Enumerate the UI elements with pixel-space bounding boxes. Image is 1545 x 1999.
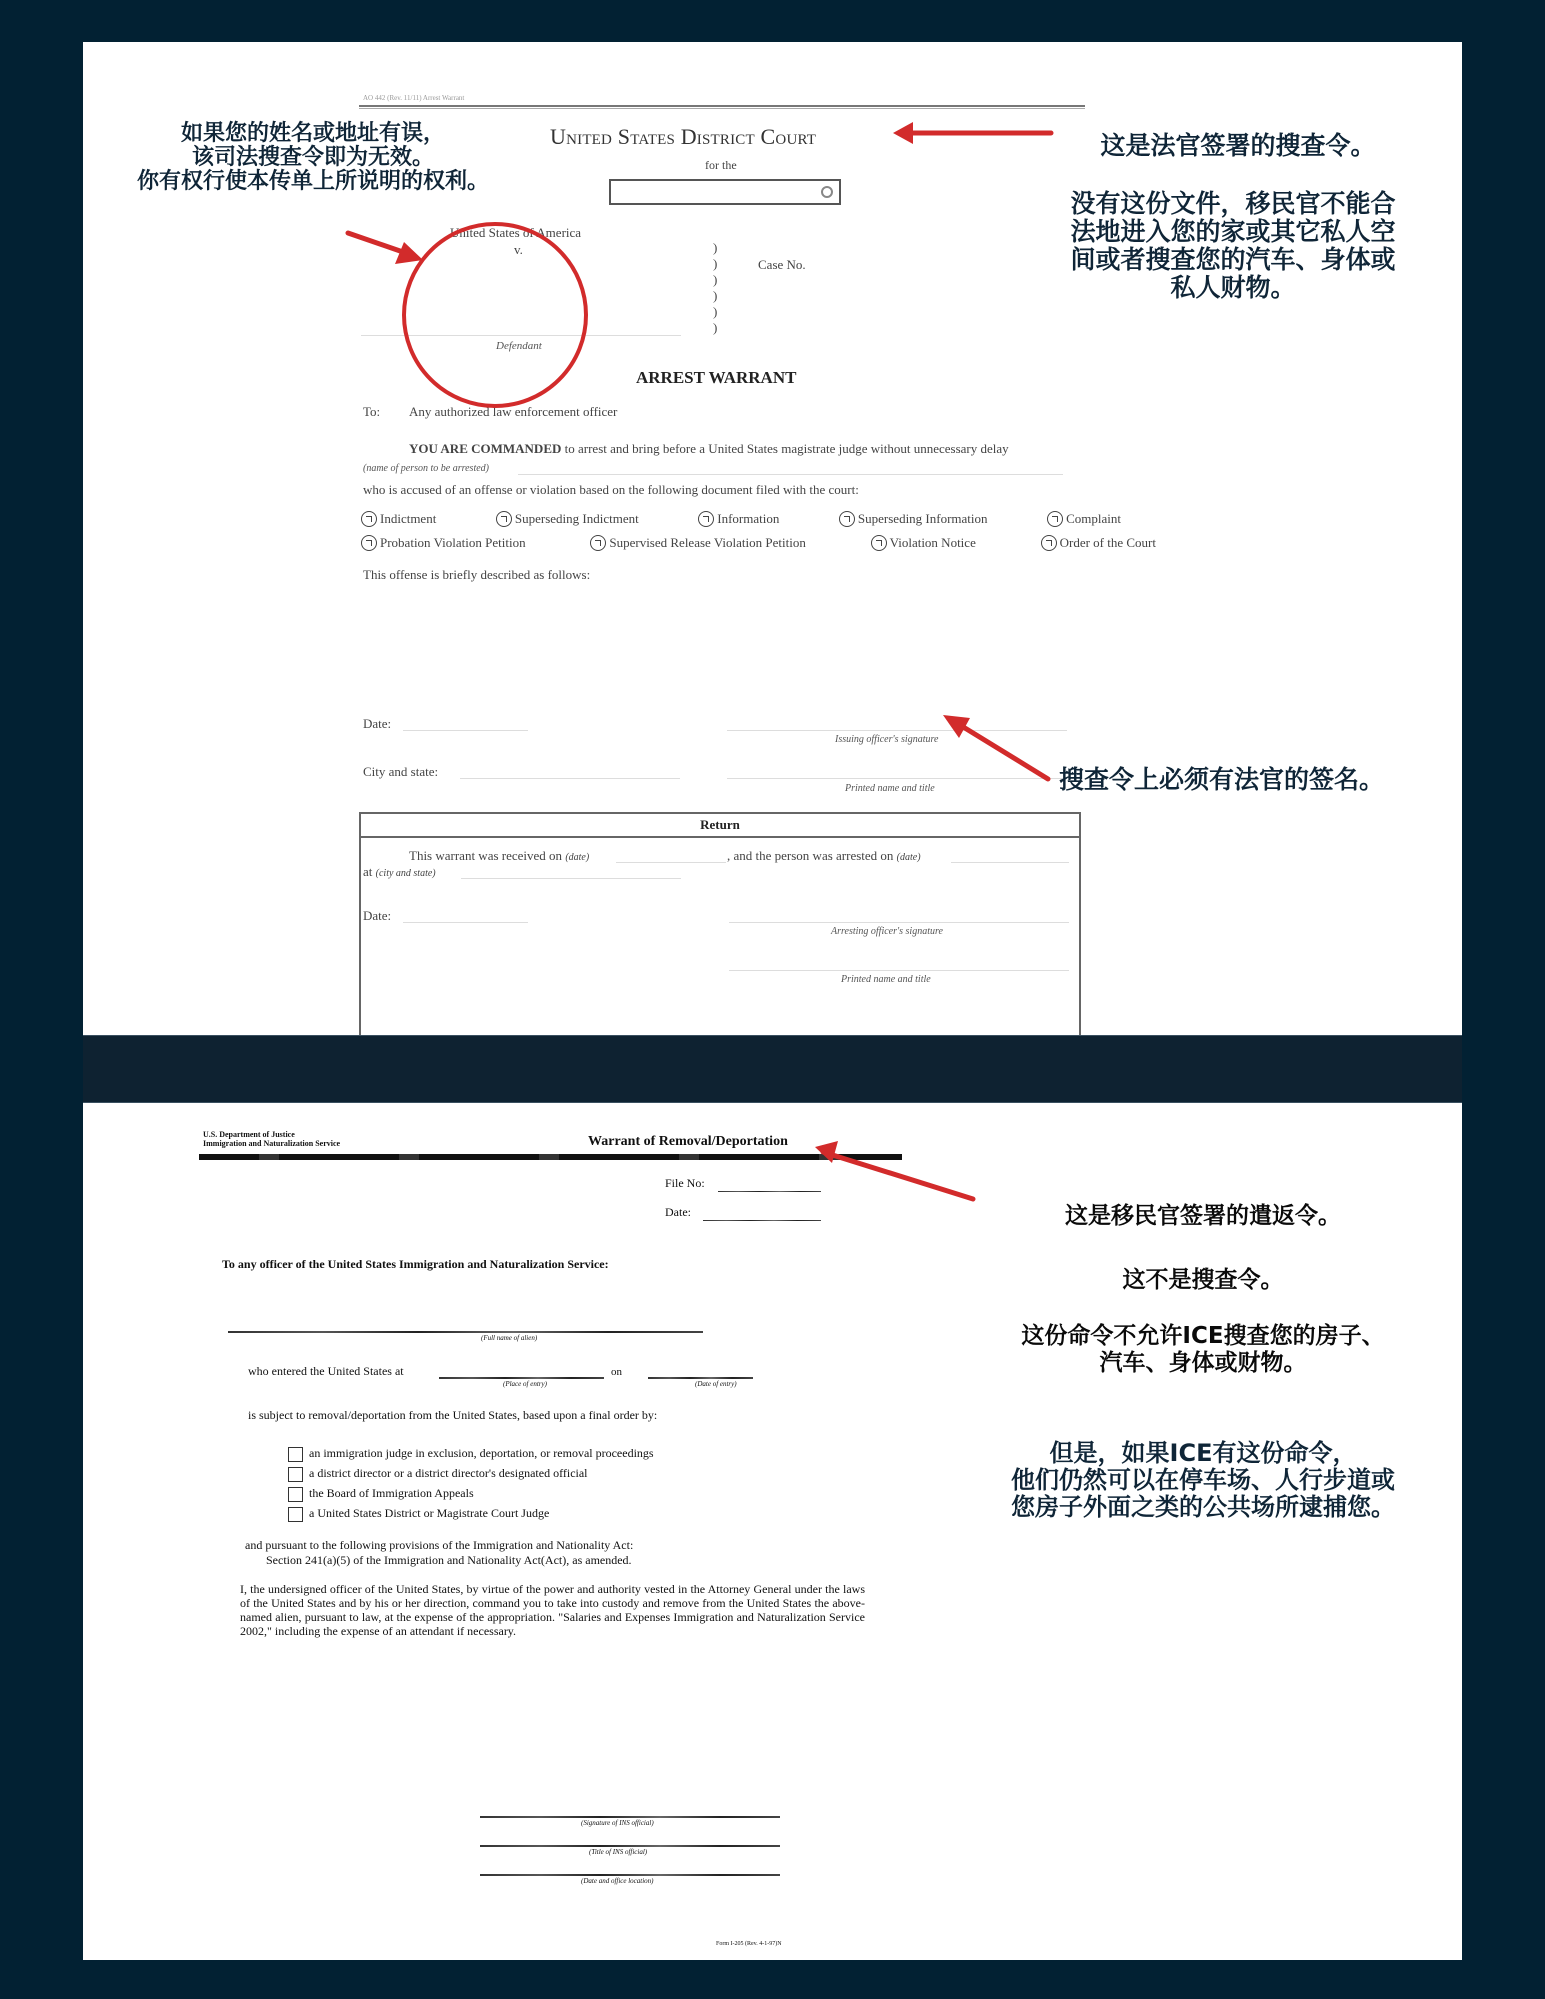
removal-warrant-panel: U.S. Department of Justice Immigration a… xyxy=(83,1103,1462,1960)
arrow-to-court-title-icon xyxy=(893,122,1051,144)
arrow-to-removal-title-icon xyxy=(815,1141,973,1199)
annotation-overlay-bottom xyxy=(83,1103,1462,1960)
arrow-to-signature-icon xyxy=(943,715,1048,779)
arrow-to-defendant-icon xyxy=(348,233,423,264)
section-divider xyxy=(83,1035,1462,1103)
arrest-warrant-panel: AO 442 (Rev. 11/11) Arrest Warrant Unite… xyxy=(83,42,1462,1035)
annotation-overlay xyxy=(83,42,1462,1035)
defendant-circle-icon xyxy=(404,224,586,406)
